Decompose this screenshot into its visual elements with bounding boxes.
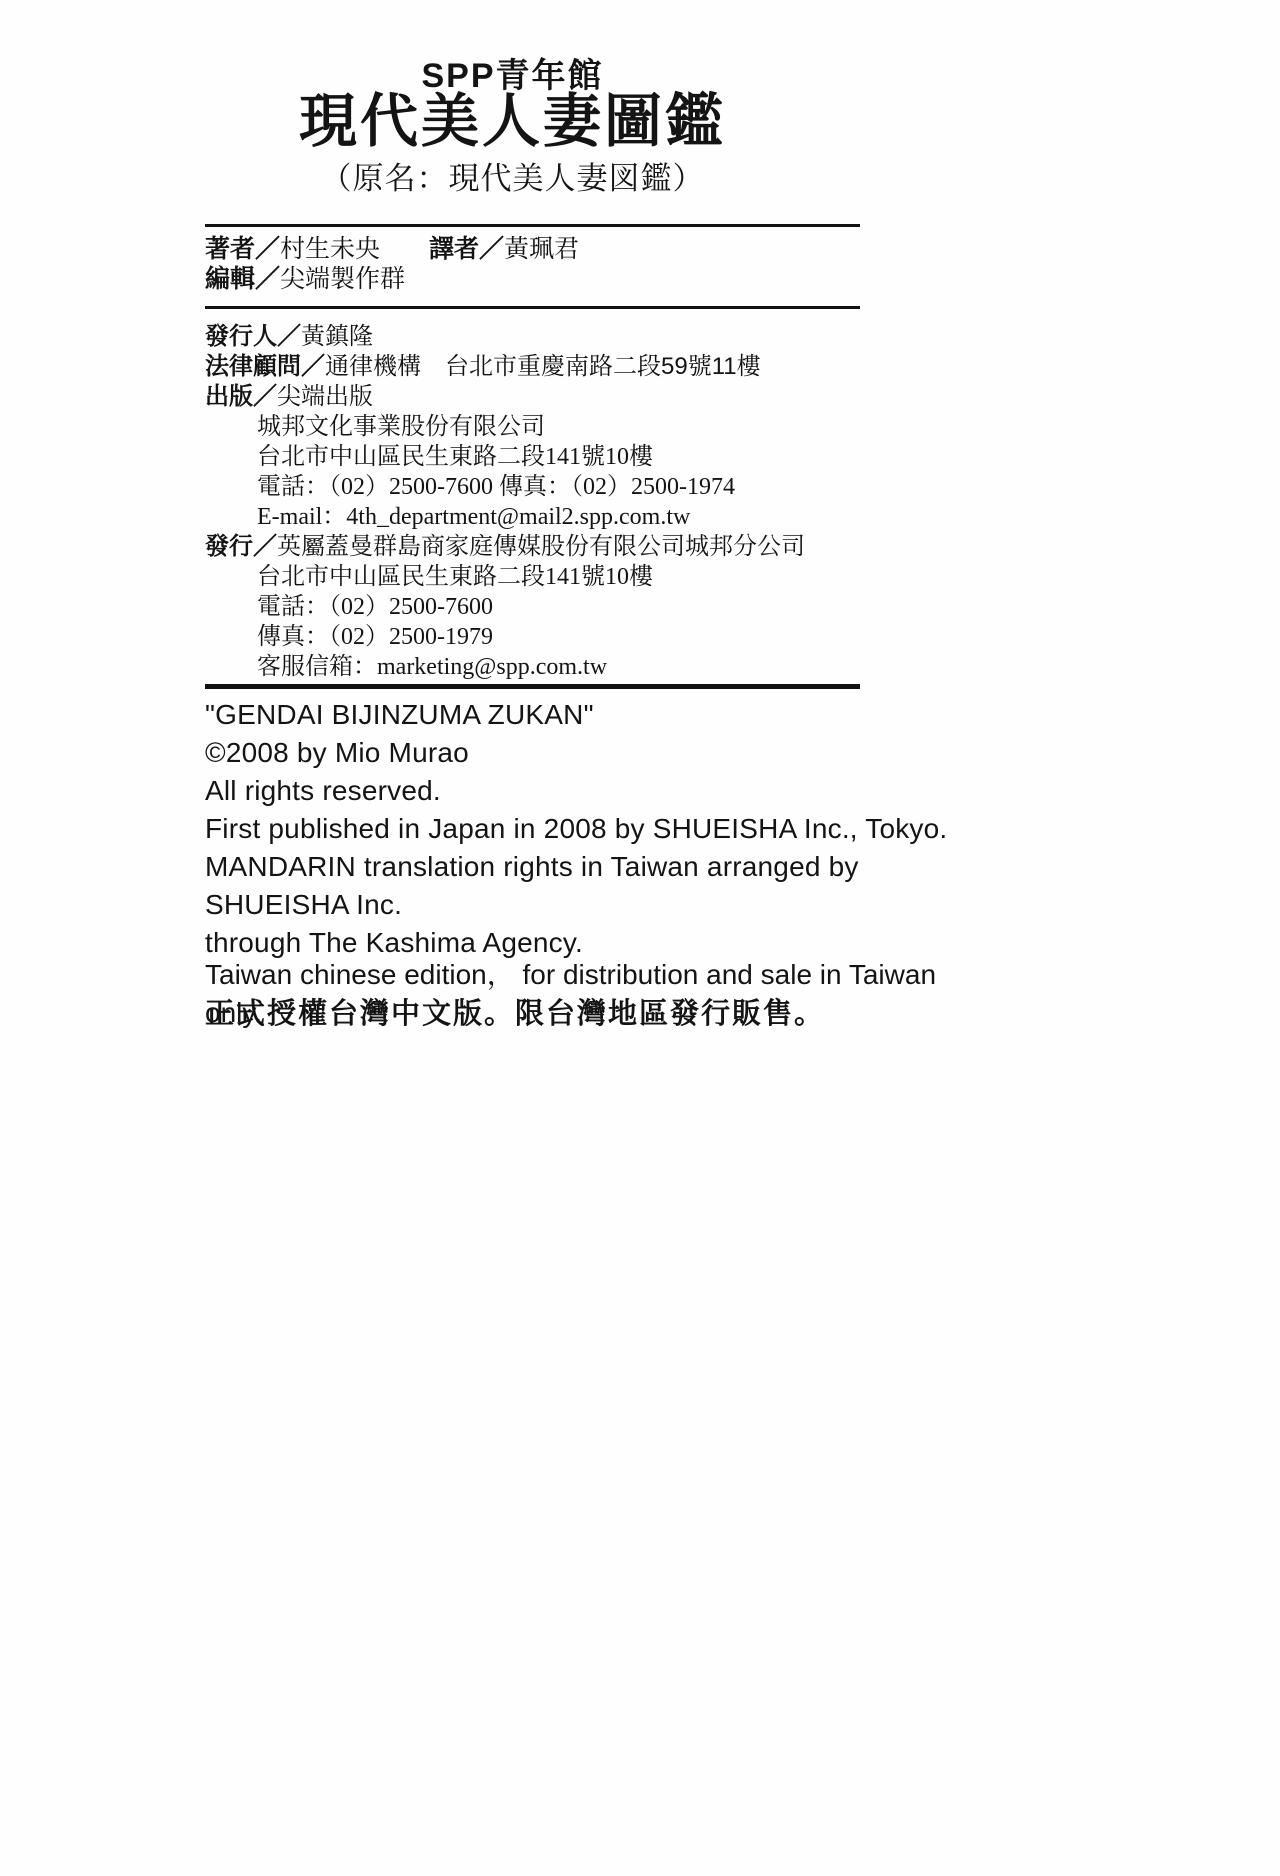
editor-label: 編輯／ — [205, 265, 280, 293]
copyright-rights: All rights reserved. — [205, 772, 965, 810]
distributor-label: 發行／ — [205, 533, 277, 560]
publisher-name: 黃鎮隆 — [301, 323, 373, 350]
copyright-year-author: ©2008 by Mio Murao — [205, 734, 965, 772]
distributor-address: 台北市中山區民生東路二段141號10樓 — [205, 562, 860, 592]
distributor-name: 英屬蓋曼群島商家庭傳媒股份有限公司城邦分公司 — [277, 533, 805, 560]
press-email: E-mail：4th_department@mail2.spp.com.tw — [205, 502, 860, 532]
author-label: 著者／ — [205, 235, 280, 263]
translator-name: 黃珮君 — [504, 235, 579, 263]
imprint-block: 發行人／黃鎮隆 法律顧問／通律機構 台北市重慶南路二段59號11樓 出版／尖端出… — [205, 322, 860, 682]
press-company: 城邦文化事業股份有限公司 — [205, 412, 860, 442]
copyright-romaji-title: "GENDAI BIJINZUMA ZUKAN" — [205, 696, 965, 734]
edition-notice-chinese: 正式授權台灣中文版。限台灣地區發行販售。 — [205, 994, 965, 1034]
translator-label: 譯者／ — [429, 235, 504, 263]
legal-advisor-row: 法律顧問／通律機構 台北市重慶南路二段59號11樓 — [205, 352, 860, 382]
press-phone-fax: 電話：（02）2500-7600 傳真：（02）2500-1974 — [205, 472, 860, 502]
copyright-first-published: First published in Japan in 2008 by SHUE… — [205, 810, 965, 848]
legal-advisor-label: 法律顧問／ — [205, 353, 325, 380]
copyright-block: "GENDAI BIJINZUMA ZUKAN" ©2008 by Mio Mu… — [205, 696, 965, 962]
legal-advisor-value: 通律機構 台北市重慶南路二段59號11樓 — [325, 353, 761, 380]
copyright-translation-rights: MANDARIN translation rights in Taiwan ar… — [205, 848, 965, 924]
editor-name: 尖端製作群 — [280, 265, 405, 293]
divider-middle — [205, 306, 860, 309]
press-label: 出版／ — [205, 383, 277, 410]
divider-bottom — [205, 684, 860, 689]
distributor-phone: 電話：（02）2500-7600 — [205, 592, 860, 622]
divider-top — [205, 224, 860, 227]
distributor-email: 客服信箱：marketing@spp.com.tw — [205, 652, 860, 682]
author-name: 村生未央 — [280, 235, 380, 263]
press-row: 出版／尖端出版 — [205, 382, 860, 412]
credits-block: 著者／村生未央 譯者／黃珮君 編輯／尖端製作群 — [205, 234, 860, 294]
publisher-label: 發行人／ — [205, 323, 301, 350]
press-name: 尖端出版 — [277, 383, 373, 410]
distributor-fax: 傳真：（02）2500-1979 — [205, 622, 860, 652]
credits-author-row: 著者／村生未央 譯者／黃珮君 — [205, 234, 860, 264]
original-title: （原名：現代美人妻図鑑） — [185, 160, 840, 198]
book-title: 現代美人妻圖鑑 — [185, 90, 840, 154]
press-address: 台北市中山區民生東路二段141號10樓 — [205, 442, 860, 472]
credits-editor-row: 編輯／尖端製作群 — [205, 264, 860, 294]
distributor-row: 發行／英屬蓋曼群島商家庭傳媒股份有限公司城邦分公司 — [205, 532, 860, 562]
colophon-page: SPP青年館 現代美人妻圖鑑 （原名：現代美人妻図鑑） 著者／村生未央 譯者／黃… — [0, 0, 1280, 1876]
publisher-row: 發行人／黃鎮隆 — [205, 322, 860, 352]
